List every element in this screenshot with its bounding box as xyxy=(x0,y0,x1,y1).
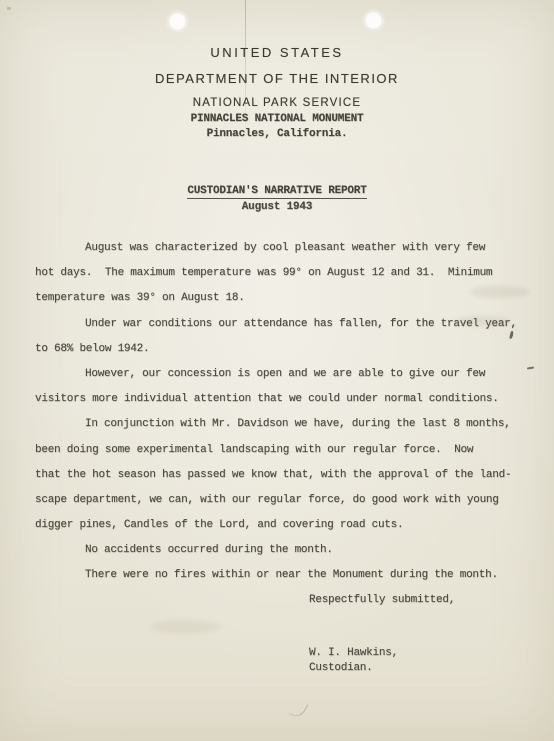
body-line: There were no fires within or near the M… xyxy=(35,563,540,588)
body-line: No accidents occurred during the month. xyxy=(35,538,540,563)
body-line: August was characterized by cool pleasan… xyxy=(35,236,540,261)
report-title: CUSTODIAN'S NARRATIVE REPORT xyxy=(0,185,554,197)
body-line: digger pines, Candles of the Lord, and c… xyxy=(35,513,540,538)
report-date: August 1943 xyxy=(0,201,554,213)
body-line: visitors more individual attention that … xyxy=(35,387,540,412)
letterhead-department-of-interior: DEPARTMENT OF THE INTERIOR xyxy=(0,71,554,86)
letterhead-monument-name: PINNACLES NATIONAL MONUMENT xyxy=(0,113,554,125)
report-body: August was characterized by cool pleasan… xyxy=(35,236,540,589)
punch-hole-right xyxy=(364,11,383,30)
scan-smudge xyxy=(455,316,510,326)
body-line: hot days. The maximum temperature was 99… xyxy=(35,261,540,286)
letterhead-united-states: UNITED STATES xyxy=(0,45,554,60)
document-page: UNITED STATES DEPARTMENT OF THE INTERIOR… xyxy=(0,0,554,741)
body-line: In conjunction with Mr. Davidson we have… xyxy=(35,412,540,437)
signature-block: W. I. Hawkins, Custodian. xyxy=(309,646,398,675)
scan-smudge xyxy=(470,286,530,298)
body-line: However, our concession is open and we a… xyxy=(35,362,540,387)
body-line: temperature was 39° on August 18. xyxy=(35,286,540,311)
letterhead-national-park-service: NATIONAL PARK SERVICE xyxy=(0,97,554,109)
report-title-text: CUSTODIAN'S NARRATIVE REPORT xyxy=(187,185,366,199)
signature-name: W. I. Hawkins, xyxy=(309,646,398,661)
scan-smudge xyxy=(150,620,220,634)
body-line: that the hot season has passed we know t… xyxy=(35,463,540,488)
punch-hole-left xyxy=(168,12,187,31)
signature-title: Custodian. xyxy=(309,661,398,676)
scan-speck xyxy=(7,7,11,10)
pencil-squiggle xyxy=(288,701,308,718)
body-line: to 68% below 1942. xyxy=(35,337,540,362)
body-line: scape department, we can, with our regul… xyxy=(35,488,540,513)
body-line: been doing some experimental landscaping… xyxy=(35,438,540,463)
closing-respectfully-submitted: Respectfully submitted, xyxy=(309,594,455,606)
letterhead-monument-location: Pinnacles, California. xyxy=(0,128,554,140)
